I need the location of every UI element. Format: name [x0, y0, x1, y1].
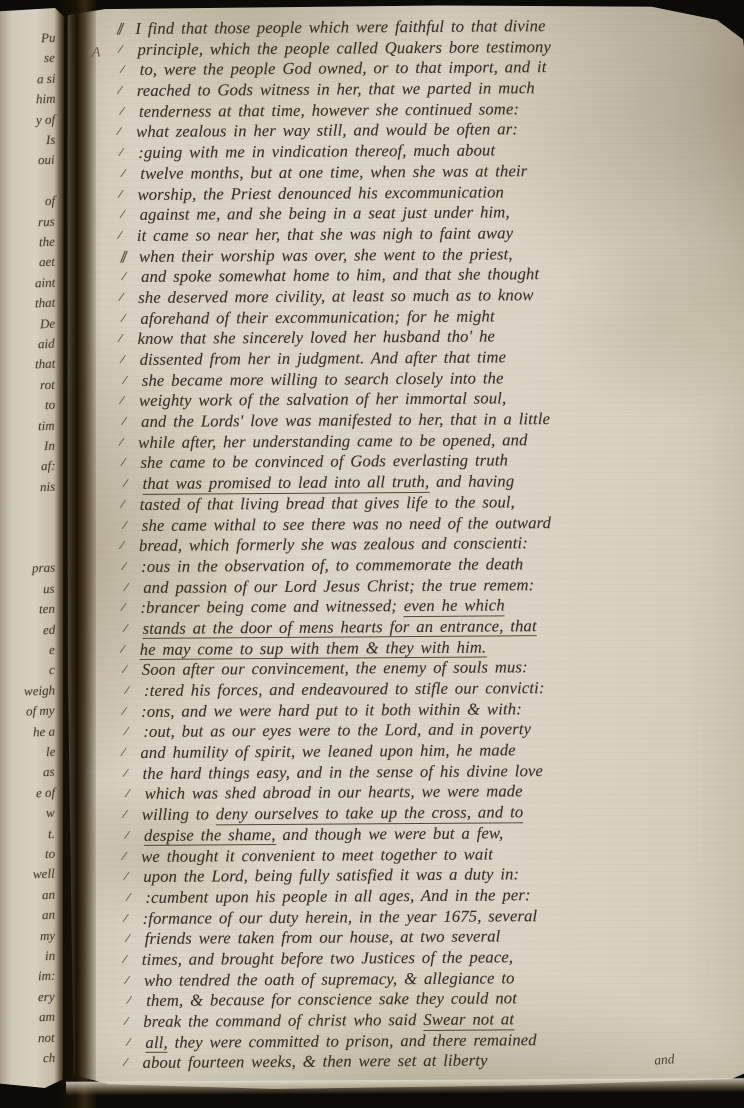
text-segment: :ous in the observation of, to commemora… [141, 554, 523, 576]
text-segment: twelve months, but at one time, when she… [140, 161, 527, 183]
previous-page-edge: Pusea sihimy ofIsouiofrustheaetaintthatD… [0, 8, 64, 1088]
line-mark: / [123, 869, 144, 886]
manuscript-page: A ∥I find that those people which were f… [64, 3, 744, 1092]
line-mark: / [120, 166, 141, 183]
line-mark: / [121, 559, 142, 576]
line-mark: ∥ [119, 247, 140, 265]
facing-page-word-fragment: aid [38, 336, 55, 353]
line-mark: / [123, 724, 144, 741]
line-mark: / [124, 683, 145, 700]
text-segment: and having [429, 471, 514, 491]
line-mark: / [122, 952, 143, 969]
line-mark: / [121, 455, 142, 472]
line-mark: / [121, 600, 142, 617]
line-mark: / [123, 476, 144, 493]
line-mark: / [123, 1055, 144, 1072]
line-mark: / [124, 972, 145, 989]
facing-page-word-fragment: In [44, 438, 55, 454]
facing-page-word-fragment: oui [38, 152, 55, 169]
facing-page-word-fragment: Is [45, 132, 55, 148]
line-mark: / [117, 228, 138, 245]
text-segment: upon the Lord, being fully satisfied it … [143, 864, 519, 886]
line-mark: / [119, 538, 140, 555]
facing-page-word-fragment: not [38, 1029, 55, 1046]
text-segment: dissented from her in judgment. And afte… [140, 347, 507, 369]
text-segment: and the Lords' love was manifested to he… [141, 409, 550, 431]
text-segment: we thought it convenient to meet togethe… [141, 844, 493, 865]
underlined-text-segment: despise the shame, [144, 825, 276, 846]
facing-page-word-fragment: w [46, 805, 55, 821]
facing-page-word-fragment: ch [42, 1050, 55, 1066]
text-segment: about fourteen weeks, & then were set at… [143, 1051, 488, 1072]
underlined-text-segment: stands at the door of mens hearts for an… [143, 616, 537, 639]
line-mark: / [122, 517, 143, 534]
facing-page-word-fragment: e of [36, 784, 56, 801]
catchword: and [654, 1051, 675, 1068]
facing-page-word-fragment: that [34, 356, 55, 373]
facing-page-word-fragment: aet [39, 254, 55, 271]
line-mark: / [120, 352, 141, 369]
text-segment: when their worship was over, she went to… [139, 244, 513, 266]
facing-page-word-fragment: im: [37, 968, 55, 985]
facing-page-word-fragment: am [39, 1009, 55, 1026]
text-segment: against me, and she being in a seat just… [140, 203, 510, 225]
text-segment: tasted of that living bread that gives l… [140, 492, 515, 514]
text-segment: to, were the people God owned, or to tha… [140, 57, 547, 79]
line-mark: / [121, 848, 142, 865]
text-segment: reached to Gods witness in her, that we … [137, 78, 535, 100]
facing-page-word-fragment: t. [48, 825, 55, 841]
text-segment: worship, the Priest denounced his excomm… [137, 182, 504, 204]
underlined-text-segment: deny ourselves to take up the cross, and… [216, 802, 524, 825]
line-mark: / [126, 1034, 147, 1051]
text-segment: while after, her understanding came to b… [138, 430, 527, 452]
text-segment: bread, which formerly she was zealous an… [139, 533, 528, 555]
facing-page-word-fragment: Pu [40, 30, 55, 46]
facing-page-word-fragment: of my [26, 703, 55, 720]
facing-page-word-fragment: y of [36, 111, 56, 128]
page-bottom-edge [66, 1078, 744, 1096]
line-mark: / [118, 186, 139, 203]
line-mark: / [120, 62, 141, 79]
text-segment: aforehand of their excommunication; for … [140, 306, 494, 327]
facing-page-word-fragment: e [49, 642, 55, 658]
text-segment: it came so near her, that she was nigh t… [137, 223, 514, 245]
line-mark: / [124, 828, 145, 845]
facing-page-word-fragment: De [40, 315, 56, 332]
line-mark: / [125, 786, 146, 803]
line-mark: / [123, 621, 144, 638]
facing-page-word-fragment: nis [40, 479, 56, 496]
line-mark: / [123, 766, 144, 783]
facing-page-word-fragment: us [43, 581, 55, 597]
text-segment: she came to be convinced of Gods everlas… [140, 451, 508, 473]
line-mark: / [121, 269, 142, 286]
text-segment: weighty work of the salvation of her imm… [139, 389, 506, 411]
text-segment: what zealous in her way still, and would… [136, 120, 518, 142]
line-mark: ∥ [115, 20, 136, 38]
text-segment: tenderness at that time, however she con… [139, 99, 519, 121]
facing-page-word-fragment: my [40, 927, 56, 944]
underlined-text-segment: he may come to sup with them & they with… [140, 637, 487, 660]
text-segment: which was shed abroad in our hearts, we … [145, 782, 523, 804]
text-segment: willing to [142, 805, 216, 825]
line-mark: / [120, 207, 141, 224]
text-segment: she came withal to see there was no need… [142, 513, 551, 535]
underlined-text-segment: that was promised to lead into all truth… [142, 472, 429, 495]
underlined-text-segment: all, [145, 1032, 167, 1053]
facing-page-word-fragment: se [44, 50, 55, 66]
line-mark: / [122, 807, 143, 824]
line-mark: / [119, 393, 140, 410]
facing-page-word-fragment: tim [38, 417, 55, 434]
line-mark: / [122, 662, 143, 679]
text-segment: principle, which the people called Quake… [137, 37, 551, 59]
facing-page-word-fragment: an [42, 907, 56, 923]
manuscript-scan: Pusea sihimy ofIsouiofrustheaetaintthatD… [0, 0, 744, 1108]
underlined-text-segment: Swear not at [423, 1009, 514, 1030]
line-mark: / [118, 145, 139, 162]
text-segment: :ons, and we were hard put to it both wi… [141, 699, 522, 721]
facing-page-word-fragment: an [42, 887, 56, 903]
facing-page-word-fragment: af: [40, 458, 55, 474]
facing-page-word-fragment: aint [34, 274, 55, 291]
line-mark: / [120, 497, 141, 514]
facing-page-word-fragment: of [45, 193, 56, 209]
text-segment: the hard things easy, and in the sense o… [143, 761, 544, 783]
text-segment: :guing with me in vindication thereof, m… [138, 141, 495, 162]
text-segment: and passion of our Lord Jesus Christ; th… [143, 575, 534, 597]
text-segment: and though we were but a few, [276, 823, 504, 844]
facing-page-word-fragment: pras [32, 560, 56, 577]
facing-page-word-fragment: he a [33, 723, 56, 740]
line-mark: / [121, 703, 142, 720]
book-gutter-shadow [56, 0, 96, 1108]
facing-page-word-fragment: to [45, 846, 56, 862]
line-mark: / [121, 310, 142, 327]
text-segment: she became more willing to search closel… [142, 368, 504, 390]
line-mark: / [123, 579, 144, 596]
text-segment: :tered his forces, and endeavoured to st… [144, 678, 545, 700]
text-segment: friends were taken from our house, at tw… [145, 927, 501, 948]
line-mark: / [122, 372, 143, 389]
manuscript-text-block: ∥I find that those people which were fai… [118, 15, 744, 1074]
text-segment: know that she sincerely loved her husban… [137, 327, 495, 348]
text-segment: times, and brought before two Justices o… [142, 947, 513, 969]
line-mark: / [123, 910, 144, 927]
line-mark: / [118, 331, 139, 348]
facing-page-word-fragment: ed [42, 621, 55, 637]
underlined-text-segment: even he which [404, 596, 505, 617]
facing-page-word-fragment: c [49, 662, 55, 678]
facing-page-word-fragment: rot [40, 377, 55, 394]
facing-page-word-fragment: that [34, 295, 55, 312]
text-segment: them, & because for conscience sake they… [146, 989, 517, 1011]
line-mark: / [126, 993, 147, 1010]
facing-page-word-fragment: to [45, 397, 56, 413]
text-segment: and humility of spirit, we leaned upon h… [140, 740, 515, 762]
text-segment: :out, but as our eyes were to the Lord, … [143, 720, 531, 742]
line-mark: / [121, 745, 142, 762]
text-segment: they were committed to prison, and there… [168, 1030, 537, 1052]
facing-page-word-fragment: a si [36, 70, 55, 87]
line-mark: / [118, 435, 139, 452]
facing-page-word-fragment: him [35, 91, 55, 108]
line-mark: / [118, 42, 139, 59]
facing-page-word-fragment: the [39, 234, 55, 251]
facing-page-word-fragment: ten [39, 601, 55, 618]
line-mark: / [125, 931, 146, 948]
text-segment: :formance of our duty herein, in the yea… [143, 906, 538, 928]
line-mark: / [119, 104, 140, 121]
text-segment: I find that those people which were fait… [135, 16, 545, 38]
facing-page-word-fragment: well [33, 866, 55, 883]
text-segment: Soon after our convincement, the enemy o… [142, 658, 528, 680]
facing-page-word-fragment: le [45, 744, 55, 760]
line-mark: / [121, 414, 142, 431]
text-segment: :cumbent upon his people in all ages, An… [145, 885, 530, 907]
facing-page-word-fragment: rus [38, 213, 55, 230]
facing-page-word-fragment: as [43, 764, 55, 780]
line-mark: / [118, 290, 139, 307]
line-mark: / [123, 1014, 144, 1031]
line-mark: / [126, 890, 147, 907]
facing-page-word-fragment: ery [38, 989, 55, 1006]
text-segment: :brancer being come and witnessed; [140, 596, 404, 617]
line-mark: / [120, 641, 141, 658]
line-mark: / [117, 83, 138, 100]
text-segment: and spoke somewhat home to him, and that… [141, 264, 539, 286]
text-segment: break the command of christ who said [143, 1010, 423, 1031]
facing-page-word-fragment: weigh [24, 682, 56, 699]
line-mark: / [116, 124, 137, 141]
text-segment: she deserved more civility, at least so … [138, 285, 533, 307]
manuscript-line: /about fourteen weeks, & then were set a… [124, 1049, 744, 1074]
text-segment: who tendred the oath of supremacy, & all… [144, 968, 515, 990]
facing-page-word-fragment: in [45, 948, 56, 964]
